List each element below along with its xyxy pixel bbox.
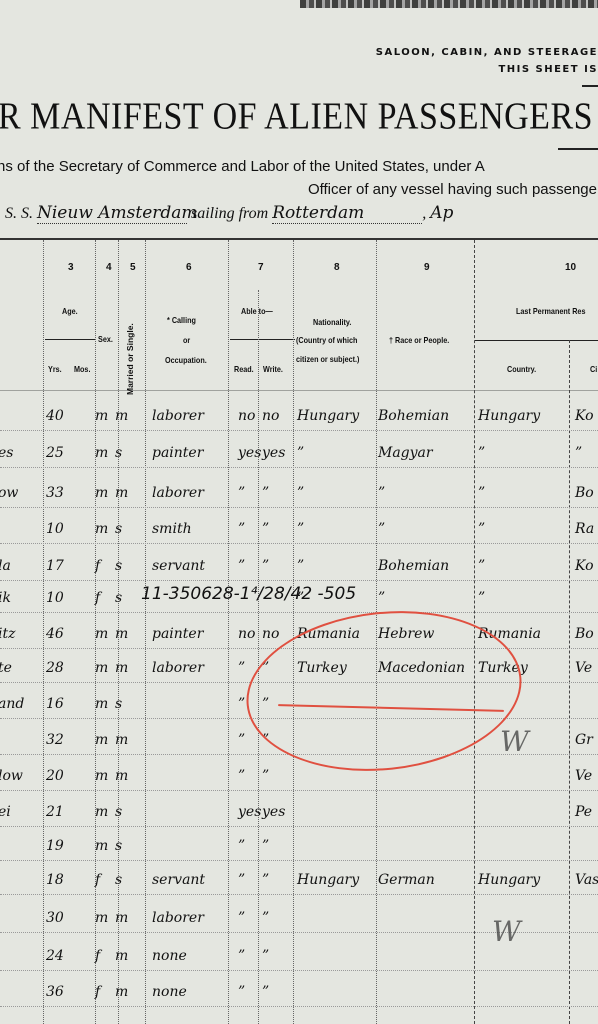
city-cell: Bo xyxy=(575,626,594,642)
age-cell: 17 xyxy=(46,558,64,574)
table-row: 18fsservant””HungaryGermanHungaryVas xyxy=(0,870,598,900)
subtitle-2: Officer of any vessel having such passen… xyxy=(308,181,598,198)
read-cell: ” xyxy=(238,660,245,676)
row-rule xyxy=(0,860,598,861)
sex-cell: m xyxy=(95,804,108,820)
marital-cell: s xyxy=(115,521,122,537)
passenger-name: ei xyxy=(0,804,11,820)
col-header-occupation: Occupation. xyxy=(165,356,207,365)
sex-cell: m xyxy=(95,626,108,642)
vessel-name: Nieuw Amsterdam xyxy=(37,203,187,224)
race-cell: ” xyxy=(378,521,385,537)
table-row: low20mm””Ve xyxy=(0,766,598,796)
table-row: 36fmnone”” xyxy=(0,982,598,1012)
race-cell: ” xyxy=(378,590,385,606)
age-cell: 46 xyxy=(46,626,64,642)
col-header-country-of: (Country of which xyxy=(296,336,357,345)
col-number: 8 xyxy=(334,262,340,273)
passenger-name: ow xyxy=(0,485,18,501)
col-number: 5 xyxy=(130,262,136,273)
occupation-cell: laborer xyxy=(152,660,204,676)
table-row: ow33mmlaborer”””””Bo xyxy=(0,483,598,513)
row-rule xyxy=(0,430,598,431)
write-cell: ” xyxy=(262,768,269,784)
age-cell: 25 xyxy=(46,445,64,461)
race-cell: Magyar xyxy=(378,445,433,461)
write-cell: ” xyxy=(262,558,269,574)
occupation-cell: laborer xyxy=(152,408,204,424)
nationality-cell: ” xyxy=(297,445,304,461)
date-fragment: Ap xyxy=(430,203,453,223)
marital-cell: m xyxy=(115,626,128,642)
city-cell: Ve xyxy=(575,660,592,676)
city-cell: Pe xyxy=(575,804,592,820)
vessel-line: S. S. Nieuw Amsterdam sailing from Rotte… xyxy=(5,203,453,224)
sex-cell: f xyxy=(95,872,100,888)
marital-cell: m xyxy=(115,910,128,926)
annotation-stamp: 11-350628-1⁴/28/42 -505 xyxy=(141,584,356,604)
col-header-married: Married or Single. xyxy=(125,323,135,395)
nationality-cell: ” xyxy=(297,485,304,501)
col-header-yrs: Yrs. xyxy=(48,365,62,374)
col-number: 4 xyxy=(106,262,112,273)
col-header-city: Ci xyxy=(590,365,597,374)
divider xyxy=(45,339,95,340)
row-rule xyxy=(0,826,598,827)
sex-cell: m xyxy=(95,521,108,537)
city-cell: Ve xyxy=(575,768,592,784)
marital-cell: m xyxy=(115,984,128,1000)
table-row: 10mssmith”””””Ra xyxy=(0,519,598,549)
col-header-or: or xyxy=(183,336,190,345)
table-row: la17fsservant”””Bohemian”Ko xyxy=(0,556,598,586)
read-cell: ” xyxy=(238,948,245,964)
sex-cell: f xyxy=(95,948,100,964)
occupation-cell: painter xyxy=(152,626,203,642)
write-cell: ” xyxy=(262,838,269,854)
age-cell: 19 xyxy=(46,838,64,854)
occupation-cell: servant xyxy=(152,558,205,574)
occupation-cell: painter xyxy=(152,445,203,461)
col-number: 10 xyxy=(565,262,576,273)
table-row: ei21msyesyesPe xyxy=(0,802,598,832)
race-cell: Bohemian xyxy=(378,558,449,574)
write-cell: ” xyxy=(262,948,269,964)
row-rule xyxy=(0,612,598,613)
write-cell: ” xyxy=(262,872,269,888)
row-rule xyxy=(0,970,598,971)
city-cell: Bo xyxy=(575,485,594,501)
marital-cell: s xyxy=(115,838,122,854)
sex-cell: m xyxy=(95,660,108,676)
marital-cell: s xyxy=(115,872,122,888)
header-sheet-label: THIS SHEET IS xyxy=(498,64,598,75)
col-header-age: Age. xyxy=(62,307,78,316)
marital-cell: m xyxy=(115,660,128,676)
read-cell: ” xyxy=(238,838,245,854)
marital-cell: s xyxy=(115,696,122,712)
race-cell: ” xyxy=(378,485,385,501)
divider xyxy=(558,148,598,150)
passenger-name: es xyxy=(0,445,13,461)
marital-cell: m xyxy=(115,732,128,748)
age-cell: 21 xyxy=(46,804,64,820)
read-cell: ” xyxy=(238,872,245,888)
occupation-cell: none xyxy=(152,948,187,964)
age-cell: 24 xyxy=(46,948,64,964)
read-cell: ” xyxy=(238,910,245,926)
write-cell: yes xyxy=(262,804,285,820)
nationality-cell: ” xyxy=(297,521,304,537)
read-cell: yes xyxy=(238,804,261,820)
age-cell: 32 xyxy=(46,732,64,748)
signature-mark: W xyxy=(492,915,521,948)
country-cell: ” xyxy=(478,521,485,537)
col-header-nationality: Nationality. xyxy=(313,318,351,327)
row-rule xyxy=(0,1006,598,1007)
col-header-race: † Race or People. xyxy=(389,336,449,345)
passenger-name: itz xyxy=(0,626,15,642)
col-header-country: Country. xyxy=(507,365,536,374)
sex-cell: m xyxy=(95,910,108,926)
row-rule xyxy=(0,467,598,468)
city-cell: Ko xyxy=(575,408,594,424)
age-cell: 36 xyxy=(46,984,64,1000)
read-cell: no xyxy=(238,626,255,642)
read-cell: ” xyxy=(238,732,245,748)
col-number: 3 xyxy=(68,262,74,273)
row-rule xyxy=(0,894,598,895)
marital-cell: m xyxy=(115,948,128,964)
page-title: R MANIFEST OF ALIEN PASSENGERS FOR T xyxy=(0,96,598,139)
passenger-name: low xyxy=(0,768,23,784)
marital-cell: m xyxy=(115,768,128,784)
age-cell: 30 xyxy=(46,910,64,926)
read-cell: yes xyxy=(238,445,261,461)
marital-cell: m xyxy=(115,485,128,501)
col-number: 7 xyxy=(258,262,264,273)
read-cell: ” xyxy=(238,984,245,1000)
age-cell: 16 xyxy=(46,696,64,712)
occupation-cell: servant xyxy=(152,872,205,888)
col-header-write: Write. xyxy=(263,365,283,374)
nationality-cell: Hungary xyxy=(297,408,359,424)
read-cell: no xyxy=(238,408,255,424)
sex-cell: m xyxy=(95,485,108,501)
marital-cell: s xyxy=(115,804,122,820)
marital-cell: s xyxy=(115,558,122,574)
table-row: 24fmnone”” xyxy=(0,946,598,976)
sex-cell: m xyxy=(95,696,108,712)
write-cell: ” xyxy=(262,984,269,1000)
country-cell: Hungary xyxy=(478,408,540,424)
header-rule xyxy=(0,238,598,240)
age-cell: 20 xyxy=(46,768,64,784)
age-cell: 10 xyxy=(46,521,64,537)
divider xyxy=(475,340,598,341)
occupation-cell: none xyxy=(152,984,187,1000)
country-cell: ” xyxy=(478,590,485,606)
age-cell: 10 xyxy=(46,590,64,606)
read-cell: ” xyxy=(238,521,245,537)
passenger-name: te xyxy=(0,660,12,676)
col-header-read: Read. xyxy=(234,365,254,374)
col-header-citizen: citizen or subject.) xyxy=(296,355,359,364)
city-cell: ” xyxy=(575,445,582,461)
read-cell: ” xyxy=(238,558,245,574)
race-cell: German xyxy=(378,872,435,888)
col-header-mos: Mos. xyxy=(74,365,90,374)
header-bottom-rule xyxy=(0,390,598,391)
signature-mark: W xyxy=(500,725,529,758)
read-cell: ” xyxy=(238,485,245,501)
nationality-cell: ” xyxy=(297,558,304,574)
sex-cell: m xyxy=(95,838,108,854)
country-cell: Hungary xyxy=(478,872,540,888)
country-cell: ” xyxy=(478,558,485,574)
write-cell: ” xyxy=(262,485,269,501)
write-cell: ” xyxy=(262,910,269,926)
col-number: 6 xyxy=(186,262,192,273)
occupation-cell: laborer xyxy=(152,910,204,926)
table-row: es25mspainteryesyes”Magyar”” xyxy=(0,443,598,473)
age-cell: 33 xyxy=(46,485,64,501)
col-header-able: Able to— xyxy=(241,307,273,316)
sex-cell: m xyxy=(95,768,108,784)
write-cell: yes xyxy=(262,445,285,461)
age-cell: 18 xyxy=(46,872,64,888)
row-rule xyxy=(0,790,598,791)
sex-cell: f xyxy=(95,590,100,606)
table-row: 40mmlaborernonoHungaryBohemianHungaryKo xyxy=(0,406,598,436)
city-cell: Gr xyxy=(575,732,593,748)
occupation-cell: smith xyxy=(152,521,192,537)
write-cell: no xyxy=(262,626,279,642)
write-cell: ” xyxy=(262,521,269,537)
city-cell: Ko xyxy=(575,558,594,574)
read-cell: ” xyxy=(238,696,245,712)
sex-cell: m xyxy=(95,408,108,424)
passenger-name: and xyxy=(0,696,24,712)
divider xyxy=(582,85,598,87)
read-cell: ” xyxy=(238,768,245,784)
sex-cell: m xyxy=(95,732,108,748)
age-cell: 40 xyxy=(46,408,64,424)
passenger-name: ik xyxy=(0,590,11,606)
marital-cell: s xyxy=(115,445,122,461)
col-header-sex: Sex. xyxy=(98,335,113,344)
divider xyxy=(230,339,295,340)
sex-cell: f xyxy=(95,984,100,1000)
header-class-label: SALOON, CABIN, AND STEERAGE xyxy=(376,47,598,58)
marital-cell: s xyxy=(115,590,122,606)
write-cell: no xyxy=(262,408,279,424)
occupation-cell: laborer xyxy=(152,485,204,501)
country-cell: ” xyxy=(478,485,485,501)
row-rule xyxy=(0,543,598,544)
row-rule xyxy=(0,580,598,581)
table-row: 19ms”” xyxy=(0,836,598,866)
row-rule xyxy=(0,507,598,508)
nationality-cell: Hungary xyxy=(297,872,359,888)
col-header-calling: * Calling xyxy=(167,316,196,325)
scan-top-band xyxy=(300,0,598,8)
vessel-prefix: S. S. xyxy=(5,205,33,222)
city-cell: Vas xyxy=(575,872,598,888)
col-number: 9 xyxy=(424,262,430,273)
race-cell: Bohemian xyxy=(378,408,449,424)
country-cell: ” xyxy=(478,445,485,461)
city-cell: Ra xyxy=(575,521,594,537)
marital-cell: m xyxy=(115,408,128,424)
sailing-label: sailing from xyxy=(191,205,268,222)
departure-port: Rotterdam xyxy=(272,203,422,224)
subtitle: ns of the Secretary of Commerce and Labo… xyxy=(0,158,485,175)
col-header-last-residence: Last Permanent Res xyxy=(516,307,585,316)
passenger-name: la xyxy=(0,558,11,574)
sex-cell: m xyxy=(95,445,108,461)
age-cell: 28 xyxy=(46,660,64,676)
sex-cell: f xyxy=(95,558,100,574)
